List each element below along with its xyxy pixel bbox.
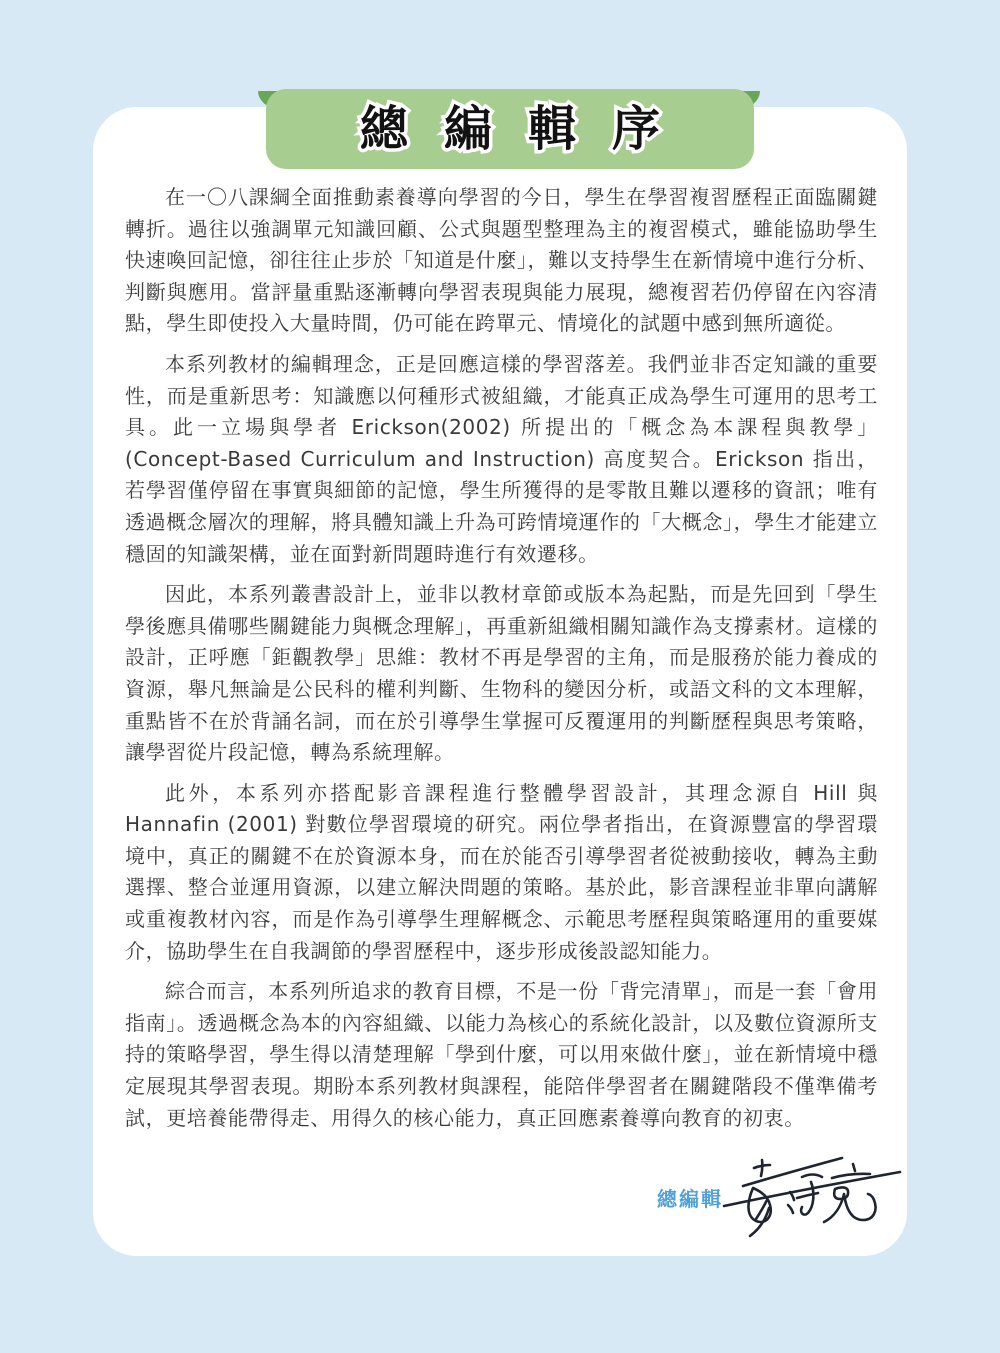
- handwritten-signature: [720, 1130, 910, 1255]
- title-banner: 總編輯序 總編輯序: [266, 89, 754, 169]
- preface-body: 在一〇八課綱全面推動素養導向學習的今日，學生在學習複習歷程正面臨關鍵轉折。過往以…: [125, 182, 878, 1143]
- preface-paragraph-3: 因此，本系列叢書設計上，並非以教材章節或版本為起點，而是先回到「學生學後應具備哪…: [125, 579, 878, 769]
- preface-paragraph-1: 在一〇八課綱全面推動素養導向學習的今日，學生在學習複習歷程正面臨關鍵轉折。過往以…: [125, 182, 878, 340]
- preface-paragraph-2: 本系列教材的編輯理念，正是回應這樣的學習落差。我們並非否定知識的重要性，而是重新…: [125, 349, 878, 570]
- editor-in-chief-label: 總編輯: [657, 1183, 723, 1212]
- preface-paragraph-4: 此外，本系列亦搭配影音課程進行整體學習設計，其理念源自 Hill 與 Hanna…: [125, 778, 878, 968]
- page-title: 總編輯序 總編輯序: [266, 89, 754, 169]
- preface-paragraph-5: 綜合而言，本系列所追求的教育目標，不是一份「背完清單」，而是一套「會用指南」。透…: [125, 976, 878, 1134]
- page-title-text: 總編輯序: [324, 101, 696, 157]
- signature-block: 總編輯: [600, 1130, 910, 1260]
- preface-page: 總編輯序 總編輯序 在一〇八課綱全面推動素養導向學習的今日，學生在學習複習歷程正…: [0, 0, 1000, 1353]
